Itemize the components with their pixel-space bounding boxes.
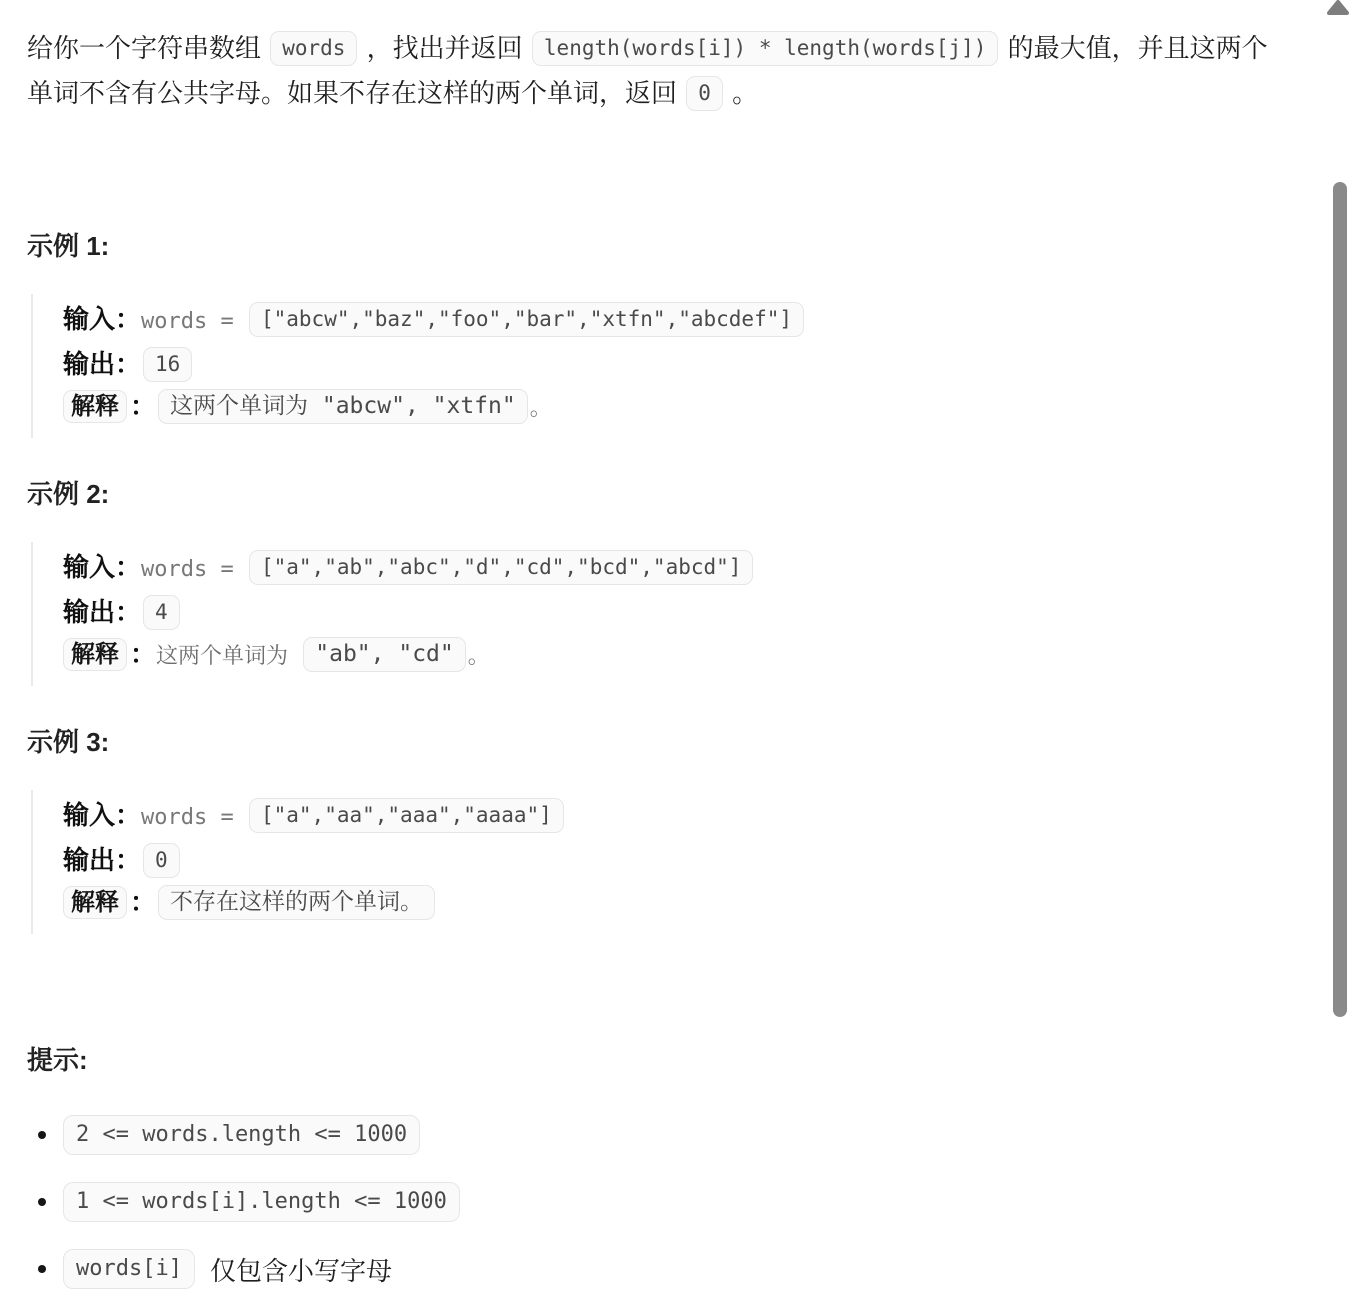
hint-code: 2 <= words.length <= 1000 — [63, 1115, 420, 1155]
example-2-explain-row: 解释：这两个单词为 "ab", "cd"。 — [63, 633, 1285, 678]
example-3-output-row: 输出：0 — [63, 839, 1285, 881]
input-label: 输入： — [63, 800, 141, 830]
output-label: 输出： — [63, 845, 141, 875]
inline-code-zero: 0 — [686, 76, 723, 111]
output-value-code: 0 — [143, 843, 180, 878]
output-value-code: 4 — [143, 595, 180, 630]
explain-label: 解释 — [63, 638, 127, 671]
hint-code: words[i] — [63, 1249, 195, 1289]
example-1-explain-row: 解释：这两个单词为 "abcw", "xtfn"。 — [63, 385, 1285, 430]
explain-colon: ： — [130, 887, 156, 917]
example-1-title: 示例 1: — [27, 226, 1285, 263]
output-label: 输出： — [63, 597, 141, 627]
hints-title: 提示: — [27, 1040, 1285, 1077]
example-3-input-row: 输入：words = ["a","aa","aaa","aaaa"] — [63, 794, 1285, 839]
problem-statement: 给你一个字符串数组 words ，找出并返回 length(words[i]) … — [27, 26, 1285, 116]
hint-item: words[i] 仅包含小写字母 — [27, 1249, 1285, 1289]
scroll-up-arrow-icon[interactable] — [1327, 0, 1349, 15]
bullet-dot — [38, 1131, 46, 1139]
example-2-title: 示例 2: — [27, 474, 1285, 511]
hint-list: 2 <= words.length <= 1000 1 <= words[i].… — [27, 1115, 1285, 1289]
output-value-code: 16 — [143, 347, 192, 382]
output-label: 输出： — [63, 349, 141, 379]
example-3-block: 输入：words = ["a","aa","aaa","aaaa"] 输出：0 … — [31, 790, 1285, 934]
bullet-dot — [38, 1198, 46, 1206]
explain-value-code: 不存在这样的两个单词。 — [158, 885, 435, 920]
inline-code-words: words — [270, 31, 357, 66]
input-value-code: ["a","aa","aaa","aaaa"] — [249, 798, 564, 833]
problem-description-pane: 给你一个字符串数组 words ，找出并返回 length(words[i]) … — [27, 0, 1285, 1289]
explain-label: 解释 — [63, 390, 127, 423]
hint-code: 1 <= words[i].length <= 1000 — [63, 1182, 460, 1222]
hint-text: 仅包含小写字母 — [210, 1251, 392, 1288]
input-value-code: ["a","ab","abc","d","cd","bcd","abcd"] — [249, 550, 753, 585]
explain-value-code: "ab", "cd" — [303, 637, 465, 672]
example-3-title: 示例 3: — [27, 722, 1285, 759]
example-1-input-row: 输入：words = ["abcw","baz","foo","bar","xt… — [63, 298, 1285, 343]
input-label: 输入： — [63, 304, 141, 334]
example-1-block: 输入：words = ["abcw","baz","foo","bar","xt… — [31, 294, 1285, 438]
example-1-output-row: 输出：16 — [63, 343, 1285, 385]
statement-text: ，找出并返回 — [359, 33, 529, 63]
hint-item: 2 <= words.length <= 1000 — [27, 1115, 1285, 1155]
scrollbar-thumb[interactable] — [1333, 182, 1347, 1017]
statement-text: 。 — [725, 78, 758, 108]
example-3-explain-row: 解释：不存在这样的两个单词。 — [63, 881, 1285, 926]
explain-value-code: 这两个单词为 "abcw", "xtfn" — [158, 389, 528, 424]
example-2-input-row: 输入：words = ["a","ab","abc","d","cd","bcd… — [63, 546, 1285, 591]
explain-label: 解释 — [63, 886, 127, 919]
input-prefix: words = — [141, 805, 247, 830]
hint-item: 1 <= words[i].length <= 1000 — [27, 1182, 1285, 1222]
inline-code-length-product: length(words[i]) * length(words[j]) — [532, 31, 999, 66]
input-value-code: ["abcw","baz","foo","bar","xtfn","abcdef… — [249, 302, 804, 337]
explain-suffix: 。 — [468, 644, 490, 669]
bullet-dot — [38, 1265, 46, 1273]
input-label: 输入： — [63, 552, 141, 582]
explain-colon: ： — [130, 391, 156, 421]
example-2-output-row: 输出：4 — [63, 591, 1285, 633]
example-2-block: 输入：words = ["a","ab","abc","d","cd","bcd… — [31, 542, 1285, 686]
statement-text: 给你一个字符串数组 — [27, 33, 268, 63]
input-prefix: words = — [141, 309, 247, 334]
explain-suffix: 。 — [530, 396, 552, 421]
input-prefix: words = — [141, 557, 247, 582]
explain-colon: ： — [130, 639, 156, 669]
explain-prefix: 这两个单词为 — [156, 644, 301, 669]
